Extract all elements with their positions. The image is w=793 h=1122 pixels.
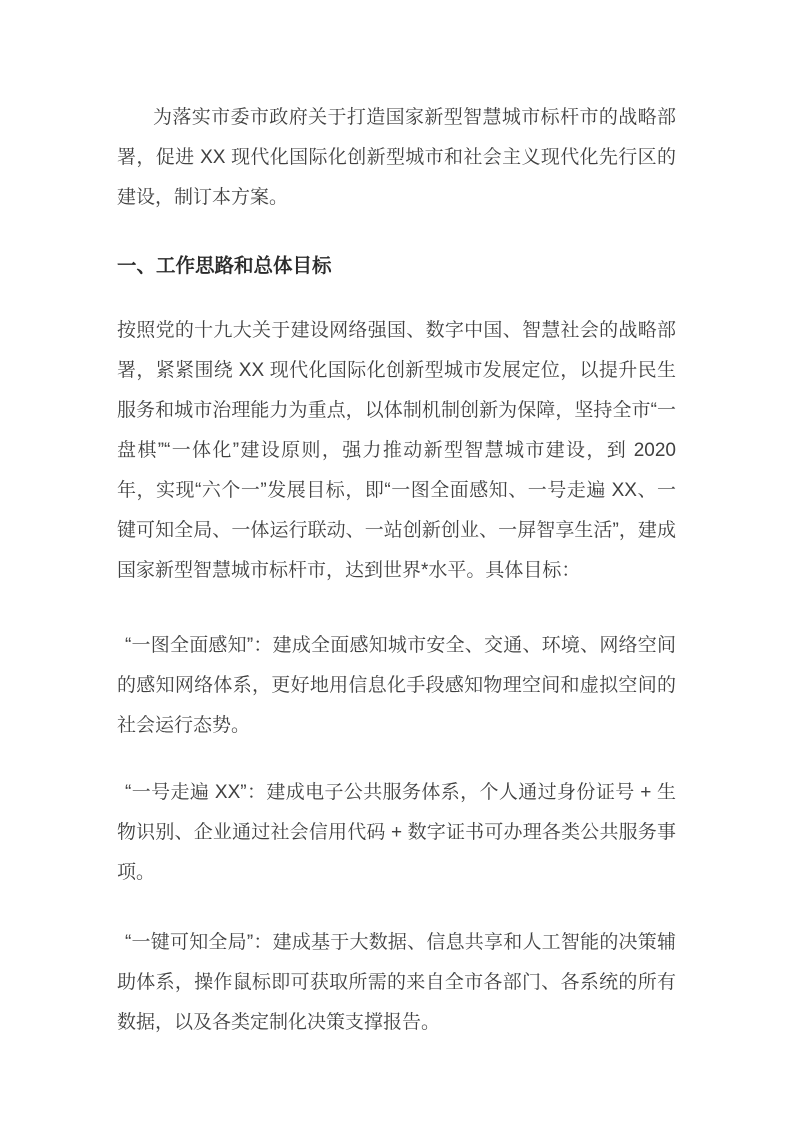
document-page: 为落实市委市政府关于打造国家新型智慧城市标杆市的战略部署，促进 XX 现代化国际… (0, 0, 793, 1122)
goal-paragraph-3: “一键可知全局”：建成基于大数据、信息共享和人工智能的决策辅助体系，操作鼠标即可… (117, 923, 676, 1043)
section-heading: 一、工作思路和总体目标 (117, 246, 676, 286)
intro-paragraph: 为落实市委市政府关于打造国家新型智慧城市标杆市的战略部署，促进 XX 现代化国际… (117, 98, 676, 218)
goal-paragraph-1: “一图全面感知”：建成全面感知城市安全、交通、环境、网络空间的感知网络体系，更好… (117, 626, 676, 746)
goal-paragraph-2: “一号走遍 XX”：建成电子公共服务体系，个人通过身份证号 + 生物识别、企业通… (117, 773, 676, 893)
overview-paragraph: 按照党的十九大关于建设网络强国、数字中国、智慧社会的战略部署，紧紧围绕 XX 现… (117, 311, 676, 591)
